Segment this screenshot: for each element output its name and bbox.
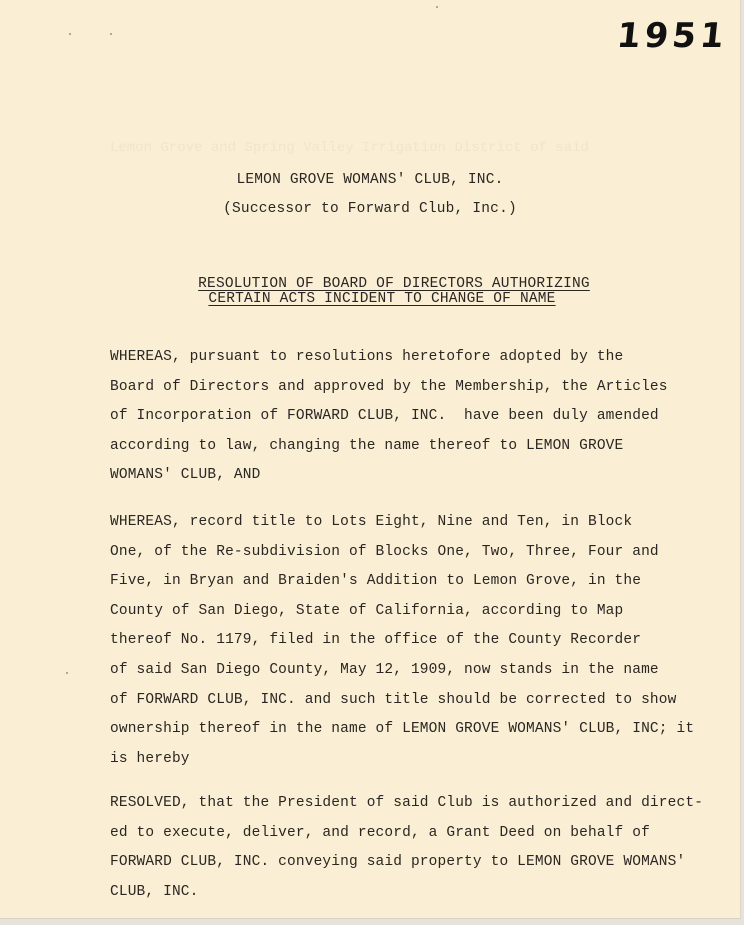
paragraph-line: thereof No. 1179, filed in the office of… — [110, 626, 694, 656]
paragraph-line: is hereby — [110, 745, 694, 775]
reverse-side-bleed-through: Lemon Grove and Spring Valley Irrigation… — [110, 140, 589, 156]
paragraph-line: of FORWARD CLUB, INC. and such title sho… — [110, 686, 694, 716]
paragraph-line: CLUB, INC. — [110, 878, 703, 908]
handwritten-year-annotation: 1951 — [615, 16, 730, 56]
paper-speck — [436, 6, 438, 8]
successor-note: (Successor to Forward Club, Inc.) — [0, 201, 740, 217]
resolution-title-text: CERTAIN ACTS INCIDENT TO CHANGE OF NAME — [208, 291, 555, 307]
resolution-title-text: RESOLUTION OF BOARD OF DIRECTORS AUTHORI… — [198, 276, 590, 292]
paragraph-line: RESOLVED, that the President of said Clu… — [110, 789, 703, 819]
resolution-title-line-2: CERTAIN ACTS INCIDENT TO CHANGE OF NAME — [0, 291, 744, 307]
document-page: Lemon Grove and Spring Valley Irrigation… — [0, 0, 741, 919]
paragraph-line: One, of the Re-subdivision of Blocks One… — [110, 538, 694, 568]
paragraph-line: Board of Directors and approved by the M… — [110, 373, 668, 403]
paper-speck — [69, 33, 71, 35]
paragraph-line: of said San Diego County, May 12, 1909, … — [110, 656, 694, 686]
paragraph-line: WOMANS' CLUB, AND — [110, 461, 668, 491]
paragraph-line: of Incorporation of FORWARD CLUB, INC. h… — [110, 402, 668, 432]
paragraph-line: ownership thereof in the name of LEMON G… — [110, 715, 694, 745]
paragraph-line: Five, in Bryan and Braiden's Addition to… — [110, 567, 694, 597]
paper-speck — [66, 672, 68, 674]
paper-speck — [110, 33, 112, 35]
whereas-paragraph-2: WHEREAS, record title to Lots Eight, Nin… — [110, 508, 694, 774]
paragraph-line: WHEREAS, pursuant to resolutions heretof… — [110, 343, 668, 373]
resolved-paragraph: RESOLVED, that the President of said Clu… — [110, 789, 703, 907]
paragraph-line: ed to execute, deliver, and record, a Gr… — [110, 819, 703, 849]
whereas-paragraph-1: WHEREAS, pursuant to resolutions heretof… — [110, 343, 668, 491]
paragraph-line: WHEREAS, record title to Lots Eight, Nin… — [110, 508, 694, 538]
organization-name: LEMON GROVE WOMANS' CLUB, INC. — [0, 172, 740, 188]
paragraph-line: FORWARD CLUB, INC. conveying said proper… — [110, 848, 703, 878]
resolution-title-line-1: RESOLUTION OF BOARD OF DIRECTORS AUTHORI… — [0, 276, 744, 292]
paragraph-line: County of San Diego, State of California… — [110, 597, 694, 627]
paragraph-line: according to law, changing the name ther… — [110, 432, 668, 462]
